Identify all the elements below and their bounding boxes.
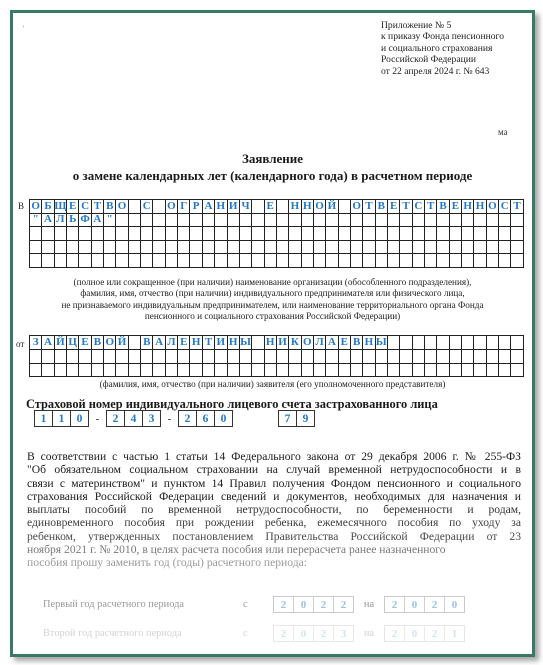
char-cell[interactable]: [474, 336, 486, 350]
year-digit[interactable]: 2: [334, 597, 353, 612]
char-cell[interactable]: Н: [228, 336, 240, 350]
char-cell[interactable]: ": [104, 214, 116, 228]
char-cell[interactable]: [474, 254, 486, 268]
char-cell[interactable]: [376, 350, 388, 364]
char-cell[interactable]: [190, 214, 202, 228]
char-cell[interactable]: [413, 350, 425, 364]
char-cell[interactable]: [511, 336, 523, 350]
year-digit[interactable]: 0: [294, 626, 314, 641]
char-cell[interactable]: [190, 254, 202, 268]
year-digit[interactable]: 0: [445, 597, 464, 612]
char-cell[interactable]: Н: [363, 336, 375, 350]
char-cell[interactable]: [351, 364, 363, 378]
snils-digit-group[interactable]: 79: [278, 410, 315, 427]
char-cell[interactable]: [339, 241, 351, 255]
char-cell[interactable]: [511, 350, 523, 364]
char-cell[interactable]: И: [228, 200, 240, 214]
char-cell[interactable]: [55, 227, 67, 241]
char-cell[interactable]: [79, 364, 91, 378]
char-cell[interactable]: [314, 350, 326, 364]
char-cell[interactable]: [376, 227, 388, 241]
char-cell[interactable]: [178, 241, 190, 255]
char-cell[interactable]: Н: [462, 200, 474, 214]
char-cell[interactable]: [277, 200, 289, 214]
char-cell[interactable]: [265, 227, 277, 241]
year-digit[interactable]: 2: [425, 626, 445, 641]
char-cell[interactable]: [376, 241, 388, 255]
char-cell[interactable]: [302, 241, 314, 255]
char-cell[interactable]: [289, 364, 301, 378]
char-cell[interactable]: [487, 336, 499, 350]
char-cell[interactable]: [55, 254, 67, 268]
char-cell[interactable]: [153, 350, 165, 364]
char-cell[interactable]: [499, 350, 511, 364]
char-cell[interactable]: О: [166, 200, 178, 214]
char-cell[interactable]: [30, 350, 42, 364]
char-cell[interactable]: Й: [326, 200, 338, 214]
char-cell[interactable]: [178, 364, 190, 378]
char-cell[interactable]: А: [42, 336, 54, 350]
char-cell[interactable]: [153, 227, 165, 241]
char-cell[interactable]: [67, 254, 79, 268]
char-cell[interactable]: [153, 200, 165, 214]
char-cell[interactable]: [326, 227, 338, 241]
char-cell[interactable]: [215, 364, 227, 378]
char-cell[interactable]: [92, 350, 104, 364]
char-cell[interactable]: [474, 364, 486, 378]
char-cell[interactable]: [339, 364, 351, 378]
char-cell[interactable]: [400, 254, 412, 268]
char-cell[interactable]: [265, 214, 277, 228]
char-cell[interactable]: [474, 350, 486, 364]
snils-digit-group[interactable]: 110: [34, 410, 89, 427]
char-cell[interactable]: [437, 336, 449, 350]
char-cell[interactable]: [129, 254, 141, 268]
char-cell[interactable]: [141, 364, 153, 378]
char-cell[interactable]: Щ: [55, 200, 67, 214]
char-cell[interactable]: [450, 336, 462, 350]
char-cell[interactable]: [437, 214, 449, 228]
char-cell[interactable]: А: [92, 214, 104, 228]
char-cell[interactable]: [302, 227, 314, 241]
char-cell[interactable]: [388, 364, 400, 378]
char-cell[interactable]: [265, 350, 277, 364]
snils-digit[interactable]: 1: [53, 411, 71, 426]
char-cell[interactable]: [116, 214, 128, 228]
char-cell[interactable]: О: [116, 200, 128, 214]
char-cell[interactable]: [376, 214, 388, 228]
char-cell[interactable]: [203, 350, 215, 364]
char-cell[interactable]: Ь: [67, 214, 79, 228]
char-cell[interactable]: [228, 227, 240, 241]
year-digit[interactable]: 2: [274, 597, 294, 612]
char-cell[interactable]: [474, 214, 486, 228]
char-cell[interactable]: [252, 227, 264, 241]
char-cell[interactable]: [252, 350, 264, 364]
char-cell[interactable]: [79, 254, 91, 268]
year-digit[interactable]: 2: [314, 626, 334, 641]
char-cell[interactable]: [339, 350, 351, 364]
char-cell[interactable]: [511, 241, 523, 255]
char-cell[interactable]: [400, 214, 412, 228]
organization-name-grid[interactable]: ОБЩЕСТВОСОГРАНИЧЕННОЙОТВЕТСТВЕННОСТ"АЛЬФ…: [29, 199, 524, 268]
char-cell[interactable]: [252, 254, 264, 268]
char-cell[interactable]: [462, 241, 474, 255]
year-digit[interactable]: 0: [405, 597, 425, 612]
char-cell[interactable]: [351, 227, 363, 241]
char-cell[interactable]: [487, 214, 499, 228]
char-cell[interactable]: [104, 254, 116, 268]
char-cell[interactable]: [166, 227, 178, 241]
char-cell[interactable]: [462, 227, 474, 241]
year-digit[interactable]: 0: [294, 597, 314, 612]
char-cell[interactable]: [42, 241, 54, 255]
char-cell[interactable]: [265, 364, 277, 378]
snils-digit[interactable]: 3: [143, 411, 160, 426]
char-cell[interactable]: [462, 254, 474, 268]
char-cell[interactable]: К: [289, 336, 301, 350]
char-cell[interactable]: [499, 254, 511, 268]
char-cell[interactable]: [511, 254, 523, 268]
char-cell[interactable]: [499, 336, 511, 350]
char-cell[interactable]: [203, 214, 215, 228]
char-cell[interactable]: [487, 350, 499, 364]
char-cell[interactable]: Ф: [79, 214, 91, 228]
char-cell[interactable]: [437, 227, 449, 241]
snils-field[interactable]: 110-243-26079: [34, 410, 315, 427]
char-cell[interactable]: [166, 214, 178, 228]
char-cell[interactable]: А: [326, 336, 338, 350]
char-cell[interactable]: [116, 350, 128, 364]
char-cell[interactable]: Ц: [67, 336, 79, 350]
char-cell[interactable]: Н: [289, 200, 301, 214]
char-cell[interactable]: [141, 214, 153, 228]
char-cell[interactable]: [129, 227, 141, 241]
char-cell[interactable]: Т: [203, 336, 215, 350]
char-cell[interactable]: [141, 241, 153, 255]
char-cell[interactable]: [252, 200, 264, 214]
snils-digit[interactable]: 0: [215, 411, 232, 426]
char-cell[interactable]: [116, 241, 128, 255]
char-cell[interactable]: [104, 364, 116, 378]
char-cell[interactable]: [67, 241, 79, 255]
char-cell[interactable]: [363, 241, 375, 255]
char-cell[interactable]: [92, 241, 104, 255]
char-cell[interactable]: [499, 227, 511, 241]
char-cell[interactable]: [55, 364, 67, 378]
char-cell[interactable]: [314, 254, 326, 268]
char-cell[interactable]: [511, 364, 523, 378]
char-cell[interactable]: [240, 350, 252, 364]
char-cell[interactable]: [153, 241, 165, 255]
char-cell[interactable]: [215, 214, 227, 228]
char-cell[interactable]: [277, 227, 289, 241]
char-cell[interactable]: Ы: [240, 336, 252, 350]
char-cell[interactable]: Н: [265, 336, 277, 350]
char-cell[interactable]: В: [141, 336, 153, 350]
char-cell[interactable]: [141, 227, 153, 241]
char-cell[interactable]: [400, 227, 412, 241]
char-cell[interactable]: [425, 350, 437, 364]
char-cell[interactable]: [363, 227, 375, 241]
char-cell[interactable]: [499, 214, 511, 228]
char-cell[interactable]: [190, 227, 202, 241]
char-cell[interactable]: [252, 364, 264, 378]
char-cell[interactable]: [314, 227, 326, 241]
char-cell[interactable]: [413, 241, 425, 255]
char-cell[interactable]: З: [30, 336, 42, 350]
char-cell[interactable]: О: [351, 200, 363, 214]
char-cell[interactable]: [413, 364, 425, 378]
snils-digit[interactable]: 9: [297, 411, 314, 426]
char-cell[interactable]: [425, 227, 437, 241]
char-cell[interactable]: [474, 241, 486, 255]
char-cell[interactable]: Р: [190, 200, 202, 214]
char-cell[interactable]: [339, 254, 351, 268]
char-cell[interactable]: [79, 241, 91, 255]
char-cell[interactable]: [129, 214, 141, 228]
char-cell[interactable]: [400, 350, 412, 364]
char-cell[interactable]: Е: [388, 200, 400, 214]
char-cell[interactable]: [30, 227, 42, 241]
char-cell[interactable]: [413, 227, 425, 241]
char-cell[interactable]: А: [203, 200, 215, 214]
char-cell[interactable]: Л: [314, 336, 326, 350]
char-cell[interactable]: В: [104, 200, 116, 214]
char-cell[interactable]: [166, 241, 178, 255]
char-cell[interactable]: [388, 254, 400, 268]
char-cell[interactable]: [388, 350, 400, 364]
char-cell[interactable]: [314, 214, 326, 228]
char-cell[interactable]: Е: [79, 336, 91, 350]
char-cell[interactable]: [388, 241, 400, 255]
snils-digit[interactable]: 2: [179, 411, 197, 426]
char-cell[interactable]: [302, 214, 314, 228]
char-cell[interactable]: [104, 241, 116, 255]
char-cell[interactable]: Л: [166, 336, 178, 350]
char-cell[interactable]: Е: [450, 200, 462, 214]
char-cell[interactable]: [30, 254, 42, 268]
char-cell[interactable]: [190, 364, 202, 378]
char-cell[interactable]: [462, 364, 474, 378]
char-cell[interactable]: [240, 227, 252, 241]
char-cell[interactable]: [240, 364, 252, 378]
char-cell[interactable]: И: [277, 336, 289, 350]
char-cell[interactable]: Н: [474, 200, 486, 214]
snils-digit[interactable]: 6: [197, 411, 215, 426]
char-cell[interactable]: [462, 350, 474, 364]
char-cell[interactable]: [339, 200, 351, 214]
char-cell[interactable]: [265, 254, 277, 268]
char-cell[interactable]: [215, 350, 227, 364]
char-cell[interactable]: [351, 350, 363, 364]
char-cell[interactable]: [351, 254, 363, 268]
char-cell[interactable]: [228, 364, 240, 378]
char-cell[interactable]: [228, 241, 240, 255]
char-cell[interactable]: [228, 214, 240, 228]
char-cell[interactable]: [129, 350, 141, 364]
char-cell[interactable]: [178, 214, 190, 228]
snils-digit[interactable]: 7: [279, 411, 297, 426]
char-cell[interactable]: В: [92, 336, 104, 350]
char-cell[interactable]: [215, 254, 227, 268]
char-cell[interactable]: Ы: [376, 336, 388, 350]
char-cell[interactable]: [129, 336, 141, 350]
snils-digit[interactable]: 4: [125, 411, 143, 426]
char-cell[interactable]: [153, 214, 165, 228]
char-cell[interactable]: [339, 214, 351, 228]
char-cell[interactable]: [400, 364, 412, 378]
char-cell[interactable]: О: [302, 336, 314, 350]
char-cell[interactable]: Г: [178, 200, 190, 214]
char-cell[interactable]: [92, 227, 104, 241]
char-cell[interactable]: О: [30, 200, 42, 214]
char-cell[interactable]: [240, 214, 252, 228]
char-cell[interactable]: [425, 214, 437, 228]
char-cell[interactable]: [437, 364, 449, 378]
char-cell[interactable]: [511, 227, 523, 241]
char-cell[interactable]: [178, 350, 190, 364]
first-year-from-input[interactable]: 2022: [273, 596, 354, 613]
char-cell[interactable]: [153, 364, 165, 378]
char-cell[interactable]: С: [79, 200, 91, 214]
char-cell[interactable]: Ч: [240, 200, 252, 214]
char-cell[interactable]: С: [141, 200, 153, 214]
char-cell[interactable]: [277, 214, 289, 228]
char-cell[interactable]: [425, 254, 437, 268]
char-cell[interactable]: [42, 364, 54, 378]
char-cell[interactable]: [67, 350, 79, 364]
char-cell[interactable]: [104, 227, 116, 241]
char-cell[interactable]: [487, 227, 499, 241]
snils-digit-group[interactable]: 260: [178, 410, 233, 427]
char-cell[interactable]: [413, 214, 425, 228]
char-cell[interactable]: [277, 254, 289, 268]
char-cell[interactable]: Й: [116, 336, 128, 350]
char-cell[interactable]: [252, 214, 264, 228]
year-digit[interactable]: 3: [334, 626, 353, 641]
char-cell[interactable]: Т: [425, 200, 437, 214]
char-cell[interactable]: [326, 214, 338, 228]
char-cell[interactable]: [178, 254, 190, 268]
year-digit[interactable]: 2: [425, 597, 445, 612]
snils-digit[interactable]: 1: [35, 411, 53, 426]
char-cell[interactable]: [437, 241, 449, 255]
char-cell[interactable]: [499, 364, 511, 378]
char-cell[interactable]: О: [487, 200, 499, 214]
char-cell[interactable]: Н: [190, 336, 202, 350]
char-cell[interactable]: [450, 227, 462, 241]
char-cell[interactable]: [67, 227, 79, 241]
char-cell[interactable]: [413, 254, 425, 268]
char-cell[interactable]: [302, 350, 314, 364]
char-cell[interactable]: О: [314, 200, 326, 214]
char-cell[interactable]: Е: [339, 336, 351, 350]
char-cell[interactable]: [141, 350, 153, 364]
char-cell[interactable]: Т: [400, 200, 412, 214]
char-cell[interactable]: А: [42, 214, 54, 228]
char-cell[interactable]: С: [499, 200, 511, 214]
char-cell[interactable]: [425, 364, 437, 378]
char-cell[interactable]: [363, 364, 375, 378]
char-cell[interactable]: [55, 350, 67, 364]
char-cell[interactable]: [437, 350, 449, 364]
char-cell[interactable]: [190, 241, 202, 255]
char-cell[interactable]: Л: [55, 214, 67, 228]
char-cell[interactable]: [487, 364, 499, 378]
char-cell[interactable]: [277, 241, 289, 255]
char-cell[interactable]: [289, 241, 301, 255]
char-cell[interactable]: [92, 364, 104, 378]
applicant-name-grid[interactable]: ЗАЙЦЕВОЙВАЛЕНТИНЫНИКОЛАЕВНЫ: [29, 335, 524, 377]
snils-digit-group[interactable]: 243: [106, 410, 161, 427]
char-cell[interactable]: [326, 364, 338, 378]
char-cell[interactable]: А: [153, 336, 165, 350]
char-cell[interactable]: [240, 241, 252, 255]
char-cell[interactable]: [388, 336, 400, 350]
char-cell[interactable]: Е: [265, 200, 277, 214]
char-cell[interactable]: [474, 227, 486, 241]
year-digit[interactable]: 2: [314, 597, 334, 612]
char-cell[interactable]: Е: [178, 336, 190, 350]
char-cell[interactable]: В: [376, 200, 388, 214]
char-cell[interactable]: [252, 336, 264, 350]
char-cell[interactable]: [265, 241, 277, 255]
char-cell[interactable]: [314, 241, 326, 255]
second-year-to-input[interactable]: 2021: [384, 625, 465, 642]
snils-digit[interactable]: 0: [71, 411, 88, 426]
char-cell[interactable]: [487, 241, 499, 255]
char-cell[interactable]: [92, 254, 104, 268]
char-cell[interactable]: ": [30, 214, 42, 228]
char-cell[interactable]: [351, 214, 363, 228]
char-cell[interactable]: В: [351, 336, 363, 350]
char-cell[interactable]: [363, 254, 375, 268]
char-cell[interactable]: [462, 214, 474, 228]
char-cell[interactable]: Н: [215, 200, 227, 214]
char-cell[interactable]: Е: [67, 200, 79, 214]
char-cell[interactable]: [166, 350, 178, 364]
char-cell[interactable]: [277, 364, 289, 378]
year-digit[interactable]: 2: [274, 626, 294, 641]
char-cell[interactable]: [190, 350, 202, 364]
char-cell[interactable]: [203, 241, 215, 255]
char-cell[interactable]: [42, 350, 54, 364]
char-cell[interactable]: [215, 241, 227, 255]
char-cell[interactable]: [289, 254, 301, 268]
char-cell[interactable]: [388, 214, 400, 228]
char-cell[interactable]: Б: [42, 200, 54, 214]
char-cell[interactable]: [203, 227, 215, 241]
char-cell[interactable]: [228, 254, 240, 268]
char-cell[interactable]: [116, 227, 128, 241]
snils-digit[interactable]: 2: [107, 411, 125, 426]
char-cell[interactable]: [326, 254, 338, 268]
char-cell[interactable]: [339, 227, 351, 241]
year-digit[interactable]: 2: [385, 597, 405, 612]
char-cell[interactable]: [42, 227, 54, 241]
char-cell[interactable]: [376, 254, 388, 268]
char-cell[interactable]: [499, 241, 511, 255]
year-digit[interactable]: 2: [385, 626, 405, 641]
char-cell[interactable]: [302, 254, 314, 268]
char-cell[interactable]: [450, 241, 462, 255]
char-cell[interactable]: [388, 227, 400, 241]
char-cell[interactable]: [42, 254, 54, 268]
char-cell[interactable]: [326, 350, 338, 364]
char-cell[interactable]: Т: [92, 200, 104, 214]
char-cell[interactable]: [511, 214, 523, 228]
